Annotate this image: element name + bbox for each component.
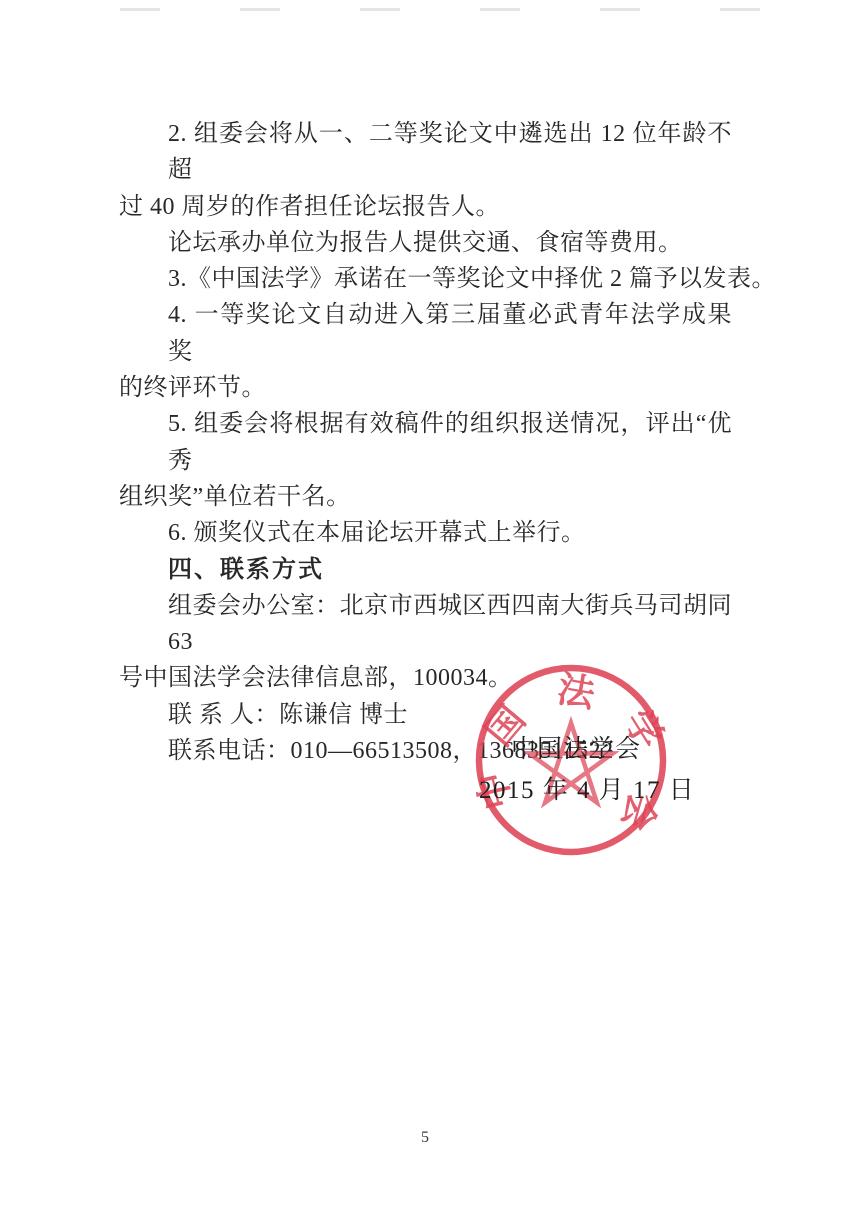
seal-char: 法 (554, 668, 599, 716)
signature-date: 2015 年 4 月 17 日 (479, 770, 695, 806)
signature-organization: 中国法学会 (511, 729, 641, 765)
document-page: 2. 组委会将从一、二等奖论文中遴选出 12 位年龄不超 过 40 周岁的作者担… (0, 0, 850, 1225)
body-line: 5. 组委会将根据有效稿件的组织报送情况，评出“优秀 (119, 406, 732, 479)
page-number: 5 (0, 1129, 850, 1147)
body-line: 2. 组委会将从一、二等奖论文中遴选出 12 位年龄不超 (119, 116, 732, 189)
body-line: 3.《中国法学》承诺在一等奖论文中择优 2 篇予以发表。 (119, 261, 732, 297)
body-line: 过 40 周岁的作者担任论坛报告人。 (119, 189, 732, 225)
body-line: 组委会办公室：北京市西城区西四南大街兵马司胡同 63 (119, 588, 732, 661)
body-line: 论坛承办单位为报告人提供交通、食宿等费用。 (119, 225, 732, 261)
body-line: 4. 一等奖论文自动进入第三届董必武青年法学成果奖 (119, 297, 732, 370)
body-line: 组织奖”单位若干名。 (119, 479, 732, 515)
section-heading-contact: 四、联系方式 (119, 552, 732, 588)
body-line: 6. 颁奖仪式在本届论坛开幕式上举行。 (119, 515, 732, 551)
body-line: 的终评环节。 (119, 370, 732, 406)
scan-artifact (120, 8, 790, 11)
